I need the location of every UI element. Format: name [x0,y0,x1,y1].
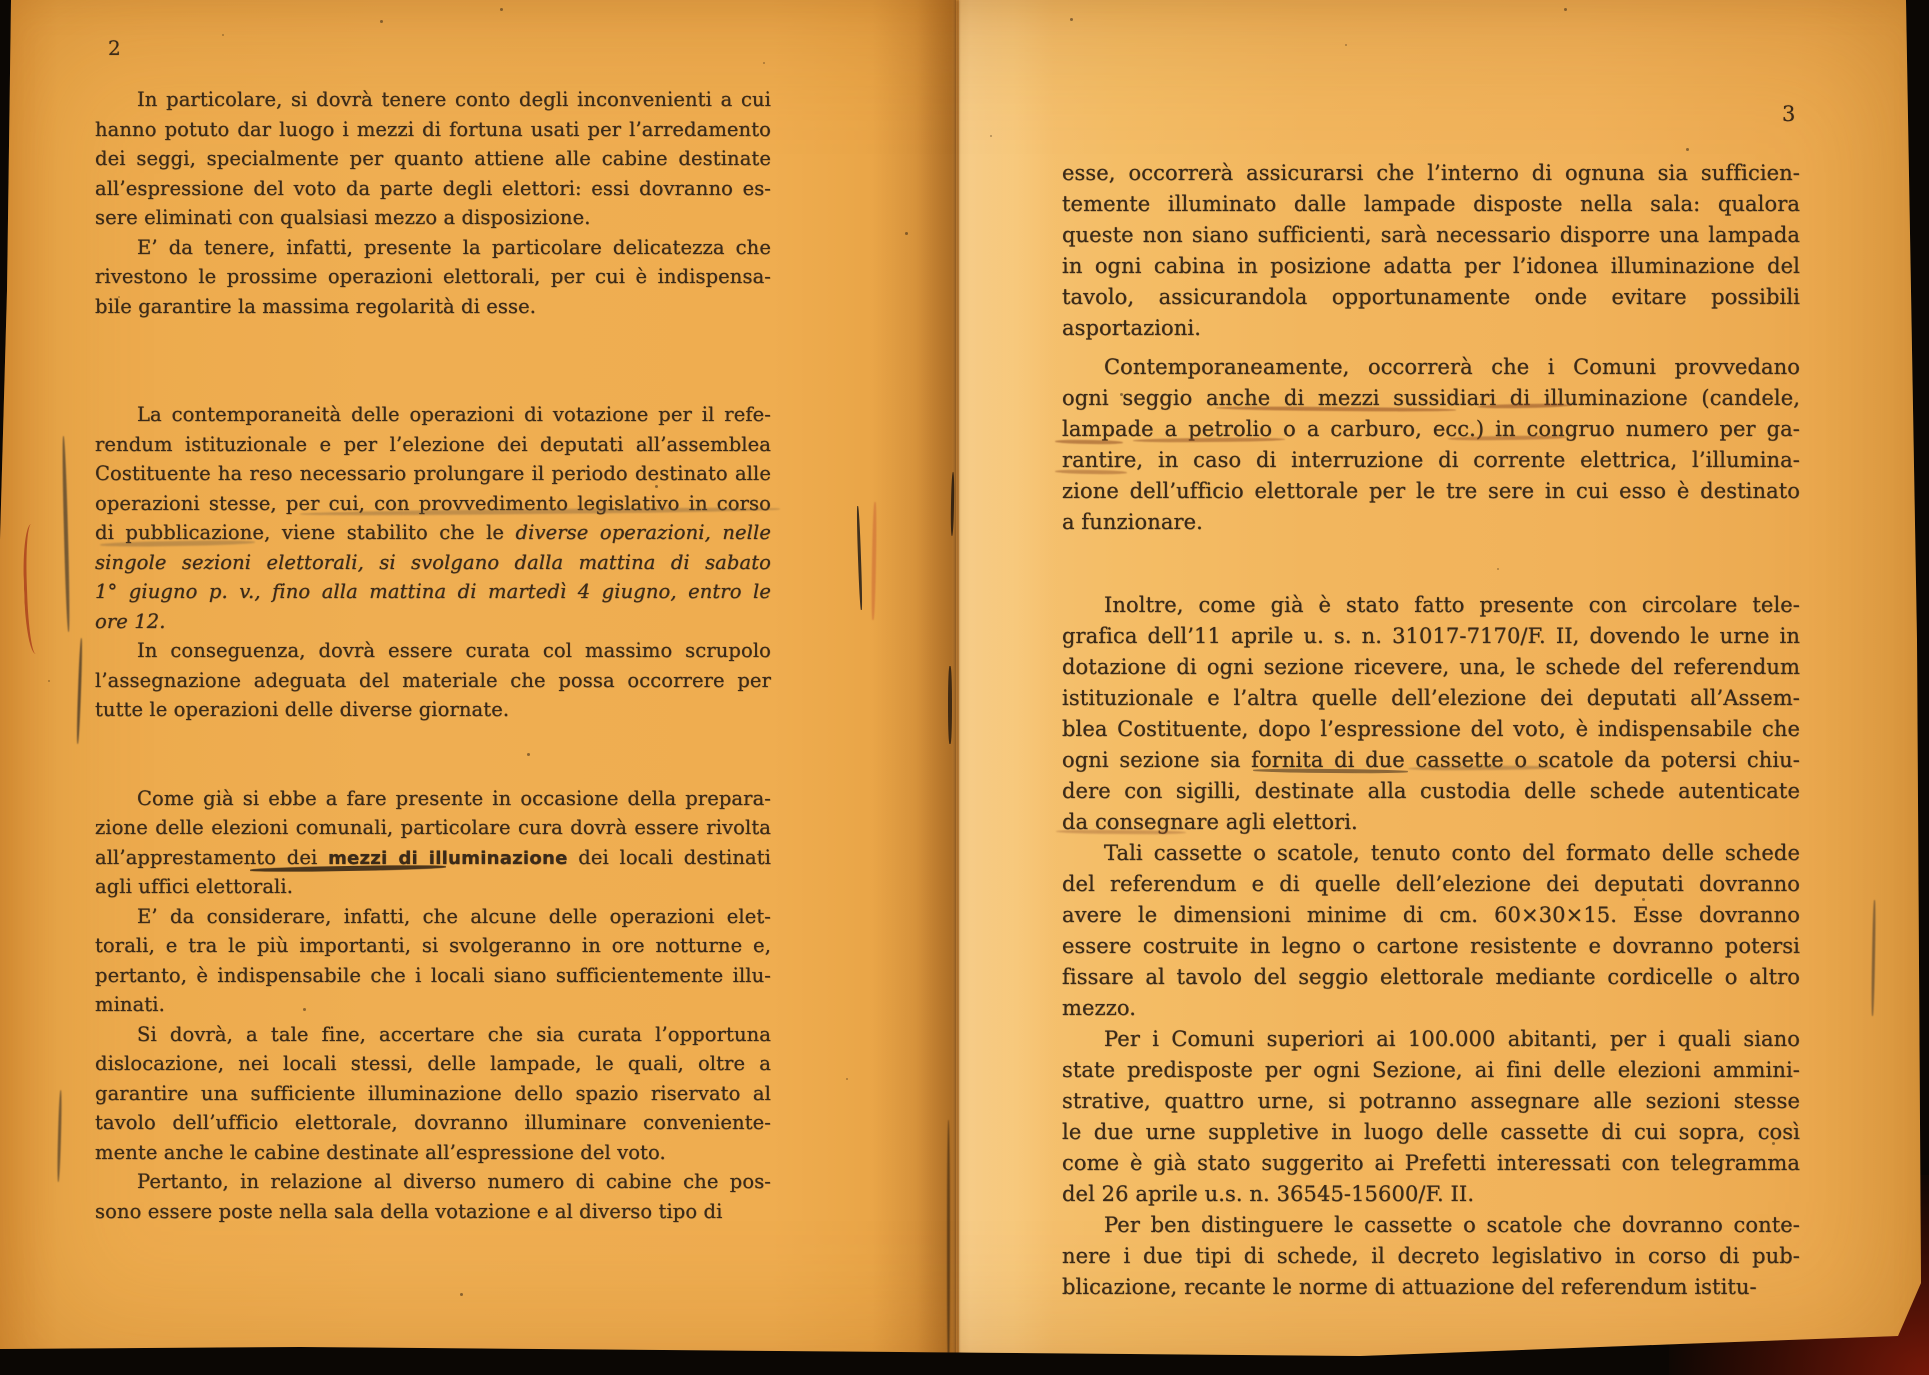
page-section: Come già si ebbe a fare presente in occa… [95,784,771,1227]
text-segment: dei locali destinati [568,846,771,869]
text-line: torali, e tra le più importanti, si svol… [95,931,771,961]
paper-speck [380,20,383,23]
text-line: ogni sezione sia fornita di due cassette… [1062,745,1800,776]
paragraph: La contemporaneità delle operazioni di v… [95,400,771,636]
text-line: Pertanto, in relazione al diverso numero… [95,1167,771,1197]
text-line: le due urne suppletive in luogo delle ca… [1062,1117,1800,1148]
text-line: mezzo. [1062,993,1800,1024]
text-line: del 26 aprile u.s. n. 36545-15600/F. II. [1062,1179,1800,1210]
page-gutter-fold [956,0,959,1375]
text-segment: singole sezioni elettorali, si svolgano … [95,551,771,574]
text-line: rivestono le prossime operazioni elettor… [95,262,771,292]
page-right-text: esse, occorrerà assicurarsi che l’intern… [1062,158,1800,1303]
text-segment: all’apprestamento dei [95,846,328,869]
scanned-document-spread: 2 3 In particolare, si dovrà tenere cont… [0,0,1929,1375]
paragraph: Contemporaneamente, occorrerà che i Comu… [1062,352,1800,538]
text-line: sono essere poste nella sala della votaz… [95,1197,771,1227]
text-line: asportazioni. [1062,313,1800,344]
text-line: Per ben distinguere le cassette o scatol… [1062,1210,1800,1241]
text-line: istituzionale e l’altra quelle dell’elez… [1062,683,1800,714]
text-line: di pubblicazione, viene stabilito che le… [95,518,771,548]
text-line: all’apprestamento dei mezzi di illuminaz… [95,843,771,873]
text-line: queste non siano sufficienti, sarà neces… [1062,220,1800,251]
paragraph: In particolare, si dovrà tenere conto de… [95,85,771,233]
text-line: tavolo dell’ufficio elettorale, dovranno… [95,1108,771,1138]
text-line: mente anche le cabine destinate all’espr… [95,1138,771,1168]
red-margin-arc [22,524,46,655]
text-line: dotazione di ogni sezione ricevere, una,… [1062,652,1800,683]
text-line: minati. [95,990,771,1020]
text-line: da consegnare agli elettori. [1062,807,1800,838]
ink-margin-line [856,506,862,610]
text-line: Per i Comuni superiori ai 100.000 abitan… [1062,1024,1800,1055]
paragraph: esse, occorrerà assicurarsi che l’intern… [1062,158,1800,344]
text-line: singole sezioni elettorali, si svolgano … [95,548,771,578]
text-line: temente illuminato dalle lampade dispost… [1062,189,1800,220]
paper-spread: 2 3 In particolare, si dovrà tenere cont… [0,0,1929,1375]
text-line: state predisposte per ogni Sezione, ai f… [1062,1055,1800,1086]
page-section: esse, occorrerà assicurarsi che l’intern… [1062,158,1800,538]
text-line: rendum istituzionale e per l’elezione de… [95,430,771,460]
text-line: dislocazione, nei locali stessi, delle l… [95,1049,771,1079]
text-segment: ore 12. [95,610,166,633]
pencil-margin-line [61,436,70,632]
text-line: sere eliminati con qualsiasi mezzo a dis… [95,203,771,233]
text-segment: diverse operazioni, nelle [516,521,771,544]
paper-speck [460,1293,463,1296]
text-line: dei seggi, specialmente per quanto attie… [95,144,771,174]
paper-speck [500,8,503,11]
paragraph: E’ da considerare, infatti, che alcune d… [95,902,771,1020]
text-line: strative, quattro urne, si potranno asse… [1062,1086,1800,1117]
paragraph: Per i Comuni superiori ai 100.000 abitan… [1062,1024,1800,1210]
paper-speck [222,34,224,36]
pencil-margin-line [57,1090,62,1182]
emphasized-phrase: mezzi di illuminazione [328,848,568,869]
paragraph: E’ da tenere, infatti, presente la parti… [95,233,771,322]
paragraph: Pertanto, in relazione al diverso numero… [95,1167,771,1226]
text-line: ogni seggio anche di mezzi sussidiari di… [1062,383,1800,414]
text-line: come è già stato suggerito ai Prefetti i… [1062,1148,1800,1179]
text-line: dere con sigilli, destinate alla custodi… [1062,776,1800,807]
text-line: ore 12. [95,607,771,637]
text-line: essere costruite in legno o cartone resi… [1062,931,1800,962]
pencil-margin-line [76,638,83,744]
page-number-right: 3 [1782,102,1795,126]
text-line: In particolare, si dovrà tenere conto de… [95,85,771,115]
paragraph: Per ben distinguere le cassette o scatol… [1062,1210,1800,1303]
text-line: bile garantire la massima regolarità di … [95,292,771,322]
text-segment: 1° giugno p. v., fino alla mattina di ma… [95,580,771,603]
text-line: in ogni cabina in posizione adatta per l… [1062,251,1800,282]
text-line: La contemporaneità delle operazioni di v… [95,400,771,430]
page-left-text: In particolare, si dovrà tenere conto de… [95,85,771,1226]
text-line: blicazione, recante le norme di attuazio… [1062,1272,1800,1303]
text-line: Inoltre, come già è stato fatto presente… [1062,590,1800,621]
text-line: blea Costituente, dopo l’espressione del… [1062,714,1800,745]
text-line: all’espressione del voto da parte degli … [95,174,771,204]
paragraph: In conseguenza, dovrà essere curata col … [95,636,771,725]
text-line: hanno potuto dar luogo i mezzi di fortun… [95,115,771,145]
paper-speck [48,680,50,682]
text-line: del referendum e di quelle dell’elezione… [1062,869,1800,900]
text-line: rantire, in caso di interruzione di corr… [1062,445,1800,476]
page-gutter-highlight [959,0,1054,1375]
text-line: zione delle elezioni comunali, particola… [95,813,771,843]
text-line: 1° giugno p. v., fino alla mattina di ma… [95,577,771,607]
paper-speck [846,1078,848,1080]
text-line: tavolo, assicurandola opportunamente ond… [1062,282,1800,313]
paper-speck [1345,44,1347,46]
text-line: Costituente ha reso necessario prolungar… [95,459,771,489]
page-section: In particolare, si dovrà tenere conto de… [95,85,771,321]
paper-speck [1686,148,1689,151]
text-line: esse, occorrerà assicurarsi che l’intern… [1062,158,1800,189]
text-line: E’ da tenere, infatti, presente la parti… [95,233,771,263]
text-line: a funzionare. [1062,507,1800,538]
page-section: Inoltre, come già è stato fatto presente… [1062,590,1800,1303]
text-line: E’ da considerare, infatti, che alcune d… [95,902,771,932]
page-section: La contemporaneità delle operazioni di v… [95,400,771,725]
paper-speck [763,62,765,64]
paragraph: Tali cassette o scatole, tenuto conto de… [1062,838,1800,1024]
text-line: Come già si ebbe a fare presente in occa… [95,784,771,814]
paper-speck [1564,8,1567,11]
paragraph: Inoltre, come già è stato fatto presente… [1062,590,1800,838]
text-line: garantire una sufficiente illuminazione … [95,1079,771,1109]
paper-speck [1070,18,1073,21]
paragraph: Come già si ebbe a fare presente in occa… [95,784,771,902]
text-line: operazioni stesse, per cui, con provvedi… [95,489,771,519]
text-line: zione dell’ufficio elettorale per le tre… [1062,476,1800,507]
text-line: grafica dell’11 aprile u. s. n. 31017-71… [1062,621,1800,652]
pencil-margin-line [1871,900,1876,1016]
paragraph: Si dovrà, a tale fine, accertare che sia… [95,1020,771,1168]
text-line: Tali cassette o scatole, tenuto conto de… [1062,838,1800,869]
page-number-left: 2 [108,36,121,60]
text-line: avere le dimensioni minime di cm. 60×30×… [1062,900,1800,931]
text-line: nere i due tipi di schede, il decreto le… [1062,1241,1800,1272]
text-line: pertanto, è indispensabile che i locali … [95,961,771,991]
text-line: tutte le operazioni delle diverse giorna… [95,695,771,725]
text-line: Contemporaneamente, occorrerà che i Comu… [1062,352,1800,383]
text-line: Si dovrà, a tale fine, accertare che sia… [95,1020,771,1050]
text-line: l’assegnazione adeguata del materiale ch… [95,666,771,696]
text-line: lampade a petrolio o a carburo, ecc.) in… [1062,414,1800,445]
text-segment: di pubblicazione, viene stabilito che le [95,521,516,544]
text-line: agli uffici elettorali. [95,872,771,902]
page-gutter-shadow [872,0,956,1375]
text-line: In conseguenza, dovrà essere curata col … [95,636,771,666]
text-line: fissare al tavolo del seggio elettorale … [1062,962,1800,993]
